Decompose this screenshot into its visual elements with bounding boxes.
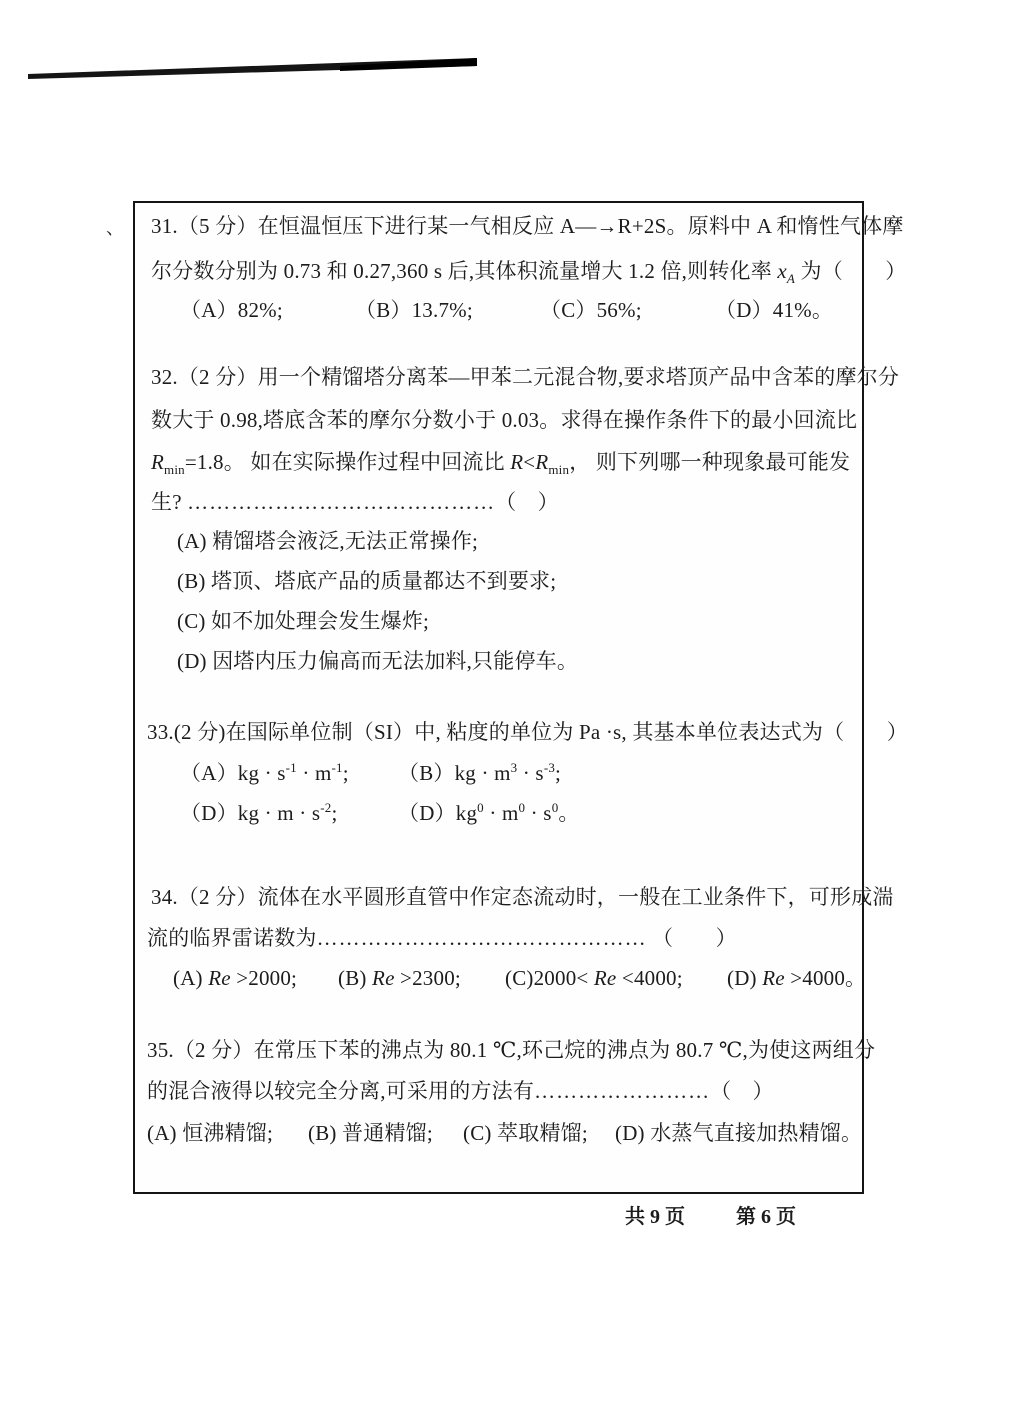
question-35-option-a: (A) 恒沸精馏; bbox=[147, 1120, 308, 1147]
question-32-line-4: 生? ……………………………………（ ） bbox=[151, 489, 559, 516]
variable-Re: Re bbox=[594, 966, 617, 990]
question-35-option-d: (D) 水蒸气直接加热精馏。 bbox=[615, 1120, 862, 1147]
option-text: （D）kg · m · s bbox=[180, 801, 320, 825]
question-34-option-c: (C)2000< Re <4000; bbox=[505, 965, 727, 992]
variable-R: R bbox=[535, 450, 548, 474]
answer-blank: （ ） bbox=[495, 490, 559, 514]
question-34-options: (A) Re >2000;(B) Re >2300;(C)2000< Re <4… bbox=[173, 965, 866, 992]
question-34-option-d: (D) Re >4000。 bbox=[727, 965, 866, 992]
answer-blank: （ ） bbox=[710, 1079, 774, 1103]
question-32-option-d: (D) 因塔内压力偏高而无法加料,只能停车。 bbox=[177, 648, 578, 675]
less-than-sign: < bbox=[523, 450, 535, 474]
option-text: >4000。 bbox=[785, 966, 867, 990]
option-text: （A）kg · s bbox=[180, 761, 286, 785]
question-34-line-2: 流的临界雷诺数为……………………………………… （ ） bbox=[147, 925, 737, 952]
question-32-line-1: 32.（2 分）用一个精馏塔分离苯—甲苯二元混合物,要求塔顶产品中含苯的摩尔分 bbox=[151, 364, 899, 391]
question-32-option-b: (B) 塔顶、塔底产品的质量都达不到要求; bbox=[177, 568, 556, 595]
option-text: (C)2000< bbox=[505, 966, 594, 990]
dotted-leader: …………………… bbox=[534, 1079, 710, 1103]
question-35-options: (A) 恒沸精馏;(B) 普通精馏;(C) 萃取精馏;(D) 水蒸气直接加热精馏… bbox=[147, 1120, 862, 1147]
question-32-line-3-end: ， 则下列哪一种现象最可能发 bbox=[569, 450, 850, 474]
question-35-line-2: 的混合液得以较完全分离,可采用的方法有……………………（ ） bbox=[147, 1078, 774, 1105]
option-text: <4000; bbox=[616, 966, 682, 990]
question-35-option-b: (B) 普通精馏; bbox=[308, 1120, 463, 1147]
exponent: -2 bbox=[320, 800, 331, 815]
option-text: · m bbox=[484, 801, 519, 825]
stray-mark: 、 bbox=[106, 214, 124, 240]
question-31-line-2: 尔分数分别为 0.73 和 0.27,360 s 后,其体积流量增大 1.2 倍… bbox=[151, 258, 907, 285]
option-text: (D) bbox=[727, 966, 762, 990]
question-33-option-c: （D）kg · m · s-2; bbox=[180, 800, 398, 827]
option-text: · s bbox=[517, 761, 543, 785]
question-31-option-a: （A）82%; bbox=[180, 297, 355, 324]
option-text: ; bbox=[343, 761, 349, 785]
option-text: >2000; bbox=[231, 966, 297, 990]
question-box: 31.（5 分）在恒温恒压下进行某一气相反应 A—→R+2S。原料中 A 和惰性… bbox=[133, 201, 864, 1194]
question-31-option-b: （B）13.7%; bbox=[355, 297, 540, 324]
question-32-option-a: (A) 精馏塔会液泛,无法正常操作; bbox=[177, 528, 478, 555]
variable-R: R bbox=[510, 450, 523, 474]
footer-current-page: 第 6 页 bbox=[736, 1200, 796, 1229]
question-32-line-2: 数大于 0.98,塔底含苯的摩尔分数小于 0.03。求得在操作条件下的最小回流比 bbox=[151, 407, 857, 434]
question-33-line-1: 33.(2 分)在国际单位制（SI）中, 粘度的单位为 Pa ·s, 其基本单位… bbox=[147, 719, 908, 746]
exponent: 0 bbox=[477, 800, 484, 815]
question-31-option-d: （D）41%。 bbox=[715, 297, 833, 324]
variable-Re: Re bbox=[762, 966, 785, 990]
exponent: -3 bbox=[544, 760, 555, 775]
question-34-line-2-text: 流的临界雷诺数为 bbox=[147, 926, 317, 950]
question-31-option-c: （C）56%; bbox=[540, 297, 715, 324]
variable-x-subscript: A bbox=[787, 271, 795, 286]
exponent: -1 bbox=[286, 760, 297, 775]
question-34-option-a: (A) Re >2000; bbox=[173, 965, 338, 992]
dotted-leader: …………………………………… bbox=[187, 490, 495, 514]
exponent: -1 bbox=[332, 760, 343, 775]
question-35-line-1: 35.（2 分）在常压下苯的沸点为 80.1 ℃,环己烷的沸点为 80.7 ℃,… bbox=[147, 1037, 875, 1064]
question-31-line-2-text: 尔分数分别为 0.73 和 0.27,360 s 后,其体积流量增大 1.2 倍… bbox=[151, 259, 777, 283]
option-text: (B) bbox=[338, 966, 372, 990]
variable-R-subscript: min bbox=[164, 462, 185, 477]
question-32-line-4-text: 生? bbox=[151, 490, 187, 514]
question-31-line-1: 31.（5 分）在恒温恒压下进行某一气相反应 A—→R+2S。原料中 A 和惰性… bbox=[151, 213, 904, 240]
question-32-line-3-text: =1.8。 如在实际操作过程中回流比 bbox=[185, 450, 510, 474]
variable-R-subscript: min bbox=[548, 462, 569, 477]
variable-Re: Re bbox=[372, 966, 395, 990]
question-33-option-b: （B）kg · m3 · s-3; bbox=[398, 760, 561, 787]
option-text: ; bbox=[332, 801, 338, 825]
option-text: · s bbox=[525, 801, 551, 825]
variable-R: R bbox=[151, 450, 164, 474]
question-33-option-a: （A）kg · s-1 · m-1; bbox=[180, 760, 398, 787]
question-34-line-1: 34.（2 分）流体在水平圆形直管中作定态流动时，一般在工业条件下，可形成湍 bbox=[151, 884, 894, 911]
variable-x: x bbox=[777, 259, 787, 283]
question-32-line-3: Rmin=1.8。 如在实际操作过程中回流比 R<Rmin， 则下列哪一种现象最… bbox=[151, 449, 850, 476]
option-text: (A) bbox=[173, 966, 208, 990]
option-text: 。 bbox=[558, 801, 579, 825]
question-35-option-c: (C) 萃取精馏; bbox=[463, 1120, 615, 1147]
footer-total-pages: 共 9 页 bbox=[625, 1200, 685, 1229]
question-31-options: （A）82%;（B）13.7%;（C）56%;（D）41%。 bbox=[180, 297, 833, 324]
question-33-options-row-1: （A）kg · s-1 · m-1;（B）kg · m3 · s-3; bbox=[180, 760, 561, 787]
option-text: >2300; bbox=[395, 966, 461, 990]
question-35-line-2-text: 的混合液得以较完全分离,可采用的方法有 bbox=[147, 1079, 534, 1103]
variable-Re: Re bbox=[208, 966, 231, 990]
question-32-option-c: (C) 如不加处理会发生爆炸; bbox=[177, 608, 429, 635]
option-text: ; bbox=[555, 761, 561, 785]
answer-blank: （ ） bbox=[647, 926, 737, 950]
question-33-option-d: （D）kg0 · m0 · s0。 bbox=[398, 800, 580, 827]
question-34-option-b: (B) Re >2300; bbox=[338, 965, 505, 992]
question-33-options-row-2: （D）kg · m · s-2;（D）kg0 · m0 · s0。 bbox=[180, 800, 580, 827]
question-31-line-2-end: 为（ ） bbox=[795, 259, 906, 283]
scan-artifact-line bbox=[0, 0, 1018, 120]
option-text: （D）kg bbox=[398, 801, 477, 825]
dotted-leader: ……………………………………… bbox=[317, 926, 647, 950]
option-text: （B）kg · m bbox=[398, 761, 511, 785]
option-text: · m bbox=[297, 761, 332, 785]
